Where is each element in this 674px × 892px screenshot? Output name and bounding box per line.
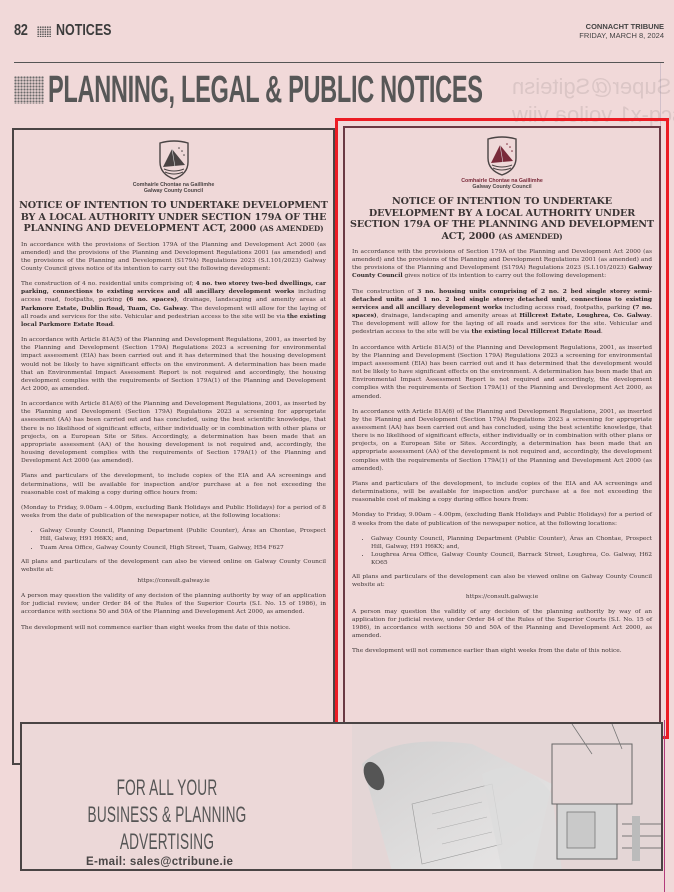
- issue-date: FRIDAY, MARCH 8, 2024: [579, 31, 664, 40]
- advertisement-banner: FOR ALL YOUR BUSINESS & PLANNING ADVERTI…: [20, 722, 663, 871]
- notice-title: NOTICE OF INTENTION TO UNDERTAKE DEVELOP…: [18, 200, 329, 235]
- location-item: Loughrea Area Office, Galway County Coun…: [371, 551, 652, 567]
- website-link[interactable]: https://consult.galway.ie: [352, 593, 652, 601]
- dot-grid-icon: [14, 76, 44, 104]
- notice-title: NOTICE OF INTENTION TO UNDERTAKE DEVELOP…: [349, 196, 655, 242]
- section-name: NOTICES: [56, 22, 111, 40]
- top-rule: [14, 62, 664, 63]
- online-paragraph: All plans and particulars of the develop…: [21, 558, 326, 574]
- eia-paragraph: In accordance with Article 81A(5) of the…: [21, 336, 326, 393]
- page-edge: [664, 720, 665, 892]
- eia-paragraph: In accordance with Article 81A(5) of the…: [352, 344, 652, 401]
- website-link[interactable]: https://consult.galway.ie: [21, 577, 326, 585]
- locations-list: Galway County Council, Planning Departme…: [21, 527, 326, 551]
- show-through-text: qoscq-x1 voiloa viiw: [512, 102, 674, 128]
- council-name-english: Galway County Council: [14, 188, 333, 194]
- intro-paragraph: In accordance with the provisions of Sec…: [352, 248, 652, 281]
- galway-crest-icon: [485, 136, 519, 176]
- page-title: PLANNING, LEGAL & PUBLIC NOTICES: [48, 69, 483, 112]
- newspaper-info: CONNACHT TRIBUNE FRIDAY, MARCH 8, 2024: [579, 22, 664, 40]
- masthead: 82 NOTICES CONNACHT TRIBUNE FRIDAY, MARC…: [14, 22, 664, 44]
- advert-line: FOR ALL YOUR: [77, 774, 257, 801]
- hours-paragraph: Monday to Friday, 9.00am – 4.00pm, (excl…: [352, 511, 652, 527]
- notice-parkmore-tuam: Comhairle Chontae na Gaillimhe Galway Co…: [12, 128, 335, 765]
- development-paragraph: The construction of 4 no. residential un…: [21, 280, 326, 329]
- plans-paragraph: Plans and particulars of the development…: [352, 480, 652, 504]
- commencement-paragraph: The development will not commence earlie…: [21, 624, 326, 632]
- advert-line: ADVERTISING: [77, 828, 257, 855]
- plans-paragraph: Plans and particulars of the development…: [21, 472, 326, 496]
- location-item: Galway County Council, Planning Departme…: [40, 527, 326, 543]
- page-number: 82: [14, 22, 27, 40]
- location-item: Galway County Council, Planning Departme…: [371, 535, 652, 551]
- advert-email[interactable]: E-mail: sales@ctribune.ie: [86, 856, 233, 868]
- advert-line: BUSINESS & PLANNING: [77, 801, 257, 828]
- show-through-text: Super@Sgiteisn: [512, 74, 671, 100]
- notice-hillcrest-loughrea: Comhairle Chontae na Gaillimhe Galway Co…: [343, 126, 661, 730]
- judicial-review-paragraph: A person may question the validity of an…: [21, 592, 326, 616]
- notice-body: In accordance with the provisions of Sec…: [14, 241, 333, 632]
- newspaper-name: CONNACHT TRIBUNE: [579, 22, 664, 31]
- galway-crest-icon: [157, 140, 191, 180]
- aa-paragraph: In accordance with Article 81A(6) of the…: [352, 408, 652, 473]
- locations-list: Galway County Council, Planning Departme…: [352, 535, 652, 568]
- hours-paragraph: (Monday to Friday, 9.00am – 4.00pm, excl…: [21, 504, 326, 520]
- development-paragraph: The construction of 3 no. housing units …: [352, 288, 652, 337]
- blueprint-illustration-icon: [352, 724, 663, 871]
- notice-body: In accordance with the provisions of Sec…: [345, 248, 659, 656]
- judicial-review-paragraph: A person may question the validity of an…: [352, 608, 652, 641]
- location-item: Tuam Area Office, Galway County Council,…: [40, 544, 326, 552]
- aa-paragraph: In accordance with Article 81A(6) of the…: [21, 400, 326, 465]
- advert-text: FOR ALL YOUR BUSINESS & PLANNING ADVERTI…: [22, 724, 312, 855]
- dot-grid-icon: [37, 26, 51, 37]
- council-name-english: Galway County Council: [345, 184, 659, 190]
- intro-paragraph: In accordance with the provisions of Sec…: [21, 241, 326, 274]
- online-paragraph: All plans and particulars of the develop…: [352, 573, 652, 589]
- commencement-paragraph: The development will not commence earlie…: [352, 647, 652, 655]
